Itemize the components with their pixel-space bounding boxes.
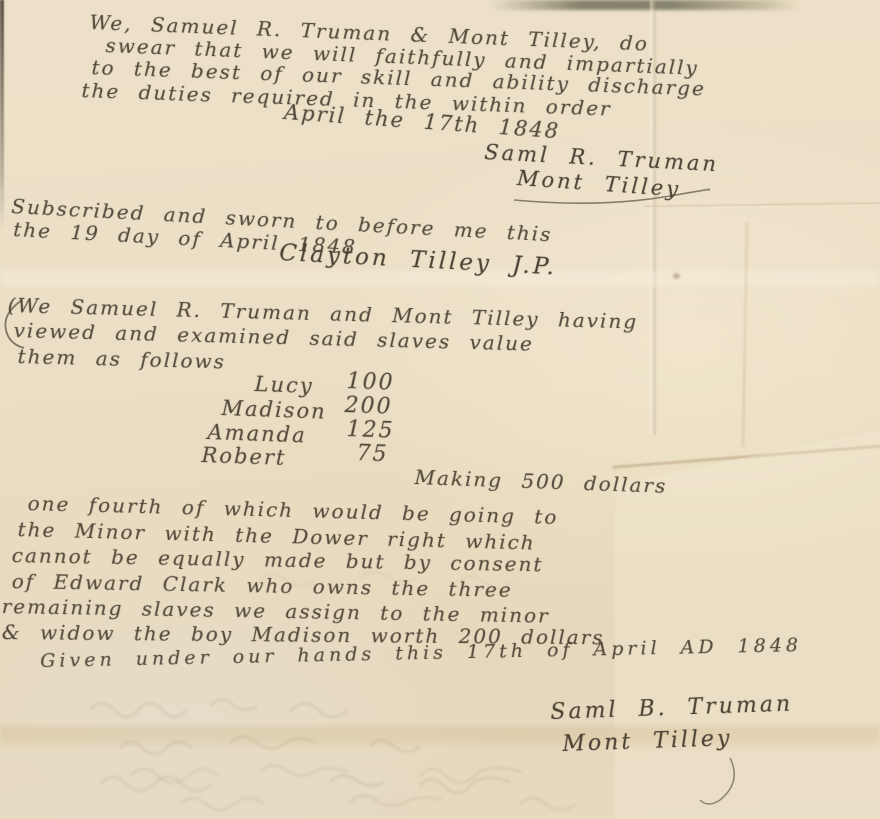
- paper-top-edge-shadow: [490, 0, 800, 10]
- horizontal-fold-crease-right: [645, 202, 880, 208]
- final-signature-tilley: Mont Tilley: [562, 726, 733, 757]
- diagonal-fold-crease: [612, 444, 880, 469]
- valuation-value: 200: [344, 393, 393, 420]
- valuation-name: Madison: [221, 396, 327, 424]
- horizontal-fold-band-bottom: [0, 726, 880, 752]
- valuation-value: 125: [346, 417, 395, 444]
- manuscript-photo: We, Samuel R. Truman & Mont Tilley, do s…: [0, 0, 880, 819]
- bleed-through-ink: [120, 760, 740, 819]
- stain-streak-right: [742, 222, 748, 447]
- jurat-signature: Clayton Tilley J.P.: [279, 240, 558, 281]
- final-signature-truman: Saml B. Truman: [550, 692, 793, 725]
- final-signature-flourish: [690, 756, 740, 806]
- valuation-value: 100: [346, 369, 395, 396]
- valuation-value: 75: [356, 441, 389, 467]
- valuation-name: Robert: [201, 443, 287, 470]
- appraisal-line-3: them as follows: [17, 344, 226, 373]
- assignment-line-1: Making 500 dollars: [414, 465, 668, 498]
- paper-left-edge-shadow: [0, 0, 4, 230]
- ink-spot: [673, 273, 680, 279]
- valuation-name: Lucy: [254, 372, 314, 398]
